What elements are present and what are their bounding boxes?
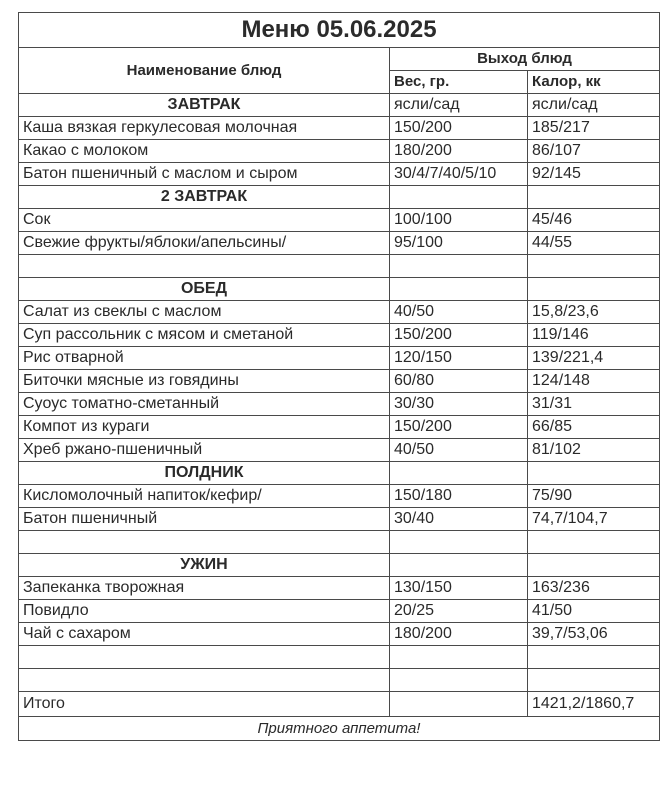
dish-weight: ясли/сад	[390, 94, 528, 117]
dish-row: Хреб ржано-пшеничный40/5081/102	[19, 439, 660, 462]
menu-sheet: Меню 05.06.2025 Наименование блюд Выход …	[18, 12, 659, 741]
dish-calories: 124/148	[528, 370, 660, 393]
dish-name: Повидло	[19, 600, 390, 623]
dish-calories: 44/55	[528, 232, 660, 255]
dish-weight: 95/100	[390, 232, 528, 255]
dish-calories	[528, 531, 660, 554]
dish-row: Батон пшеничный с маслом и сыром30/4/7/4…	[19, 163, 660, 186]
dish-weight: 180/200	[390, 623, 528, 646]
dish-name: Каша вязкая геркулесовая молочная	[19, 117, 390, 140]
dish-weight	[390, 669, 528, 692]
dish-calories: 92/145	[528, 163, 660, 186]
section-title: УЖИН	[19, 554, 390, 577]
empty-row	[19, 646, 660, 669]
dish-row: Суп рассольник с мясом и сметаной150/200…	[19, 324, 660, 347]
dish-calories: ясли/сад	[528, 94, 660, 117]
dish-row: Салат из свеклы с маслом40/5015,8/23,6	[19, 301, 660, 324]
dish-name: Биточки мясные из говядины	[19, 370, 390, 393]
section-title: ЗАВТРАК	[19, 94, 390, 117]
dish-calories: 45/46	[528, 209, 660, 232]
dish-calories: 66/85	[528, 416, 660, 439]
dish-weight: 30/40	[390, 508, 528, 531]
total-calories: 1421,2/1860,7	[528, 692, 660, 717]
dish-name: Чай с сахаром	[19, 623, 390, 646]
dish-weight	[390, 554, 528, 577]
dish-name	[19, 646, 390, 669]
dish-row: Биточки мясные из говядины60/80124/148	[19, 370, 660, 393]
dish-weight	[390, 186, 528, 209]
section-title: ПОЛДНИК	[19, 462, 390, 485]
dish-name: Батон пшеничный с маслом и сыром	[19, 163, 390, 186]
dish-weight: 100/100	[390, 209, 528, 232]
dish-calories: 75/90	[528, 485, 660, 508]
dish-weight: 150/180	[390, 485, 528, 508]
dish-weight: 60/80	[390, 370, 528, 393]
dish-weight: 120/150	[390, 347, 528, 370]
dish-row: Запеканка творожная130/150163/236	[19, 577, 660, 600]
empty-row	[19, 531, 660, 554]
dish-row: Сок100/10045/46	[19, 209, 660, 232]
weight-header: Вес, гр.	[390, 71, 528, 94]
dish-weight: 150/200	[390, 324, 528, 347]
section-title: ОБЕД	[19, 278, 390, 301]
title-row: Меню 05.06.2025	[19, 13, 660, 48]
dish-weight: 150/200	[390, 416, 528, 439]
total-weight	[390, 692, 528, 717]
dish-weight	[390, 278, 528, 301]
dish-name: Хреб ржано-пшеничный	[19, 439, 390, 462]
section-row: ОБЕД	[19, 278, 660, 301]
total-row: Итого 1421,2/1860,7	[19, 692, 660, 717]
dish-name: Свежие фрукты/яблоки/апельсины/	[19, 232, 390, 255]
menu-table: Меню 05.06.2025 Наименование блюд Выход …	[18, 12, 660, 741]
dish-calories	[528, 186, 660, 209]
dish-weight: 30/4/7/40/5/10	[390, 163, 528, 186]
dish-weight	[390, 646, 528, 669]
dish-calories	[528, 462, 660, 485]
dish-row: Батон пшеничный30/4074,7/104,7	[19, 508, 660, 531]
section-row: 2 ЗАВТРАК	[19, 186, 660, 209]
dish-name: Какао с молоком	[19, 140, 390, 163]
empty-row	[19, 255, 660, 278]
dish-row: Каша вязкая геркулесовая молочная150/200…	[19, 117, 660, 140]
dish-calories: 15,8/23,6	[528, 301, 660, 324]
dish-calories: 31/31	[528, 393, 660, 416]
section-row: УЖИН	[19, 554, 660, 577]
dish-name: Салат из свеклы с маслом	[19, 301, 390, 324]
dish-weight	[390, 531, 528, 554]
calories-header: Калор, кк	[528, 71, 660, 94]
empty-row	[19, 669, 660, 692]
dish-calories: 119/146	[528, 324, 660, 347]
section-row: ЗАВТРАКясли/садясли/сад	[19, 94, 660, 117]
dish-calories: 139/221,4	[528, 347, 660, 370]
dish-calories	[528, 646, 660, 669]
dish-row: Сyоус томатно-сметанный30/3031/31	[19, 393, 660, 416]
dish-calories: 185/217	[528, 117, 660, 140]
dish-name	[19, 669, 390, 692]
dish-weight	[390, 255, 528, 278]
dish-name	[19, 255, 390, 278]
dish-name: Рис отварной	[19, 347, 390, 370]
dish-name: Запеканка творожная	[19, 577, 390, 600]
dish-weight: 30/30	[390, 393, 528, 416]
dish-name: Кисломолочный напиток/кефир/	[19, 485, 390, 508]
dish-calories	[528, 255, 660, 278]
header-row: Наименование блюд Выход блюд	[19, 48, 660, 71]
menu-rows: ЗАВТРАКясли/садясли/садКаша вязкая герку…	[19, 94, 660, 692]
dish-row: Кисломолочный напиток/кефир/150/18075/90	[19, 485, 660, 508]
total-label: Итого	[19, 692, 390, 717]
dish-weight: 150/200	[390, 117, 528, 140]
footer-text: Приятного аппетита!	[19, 717, 660, 741]
section-row: ПОЛДНИК	[19, 462, 660, 485]
dish-row: Свежие фрукты/яблоки/апельсины/95/10044/…	[19, 232, 660, 255]
dish-calories	[528, 278, 660, 301]
dish-calories	[528, 669, 660, 692]
dish-weight: 20/25	[390, 600, 528, 623]
dish-name: Сок	[19, 209, 390, 232]
dish-row: Чай с сахаром180/20039,7/53,06	[19, 623, 660, 646]
dish-row: Компот из кураги150/20066/85	[19, 416, 660, 439]
dish-calories	[528, 554, 660, 577]
footer-row: Приятного аппетита!	[19, 717, 660, 741]
dish-row: Какао с молоком180/20086/107	[19, 140, 660, 163]
dish-calories: 39,7/53,06	[528, 623, 660, 646]
dish-weight	[390, 462, 528, 485]
dish-name: Суп рассольник с мясом и сметаной	[19, 324, 390, 347]
dish-row: Рис отварной120/150139/221,4	[19, 347, 660, 370]
dish-weight: 40/50	[390, 439, 528, 462]
dish-name: Компот из кураги	[19, 416, 390, 439]
dish-calories: 81/102	[528, 439, 660, 462]
output-group-header: Выход блюд	[390, 48, 660, 71]
dish-weight: 180/200	[390, 140, 528, 163]
dish-name	[19, 531, 390, 554]
dish-calories: 74,7/104,7	[528, 508, 660, 531]
menu-title: Меню 05.06.2025	[19, 13, 660, 48]
section-title: 2 ЗАВТРАК	[19, 186, 390, 209]
dish-calories: 86/107	[528, 140, 660, 163]
dish-name: Сyоус томатно-сметанный	[19, 393, 390, 416]
dish-calories: 163/236	[528, 577, 660, 600]
dish-weight: 40/50	[390, 301, 528, 324]
dish-name-header: Наименование блюд	[19, 48, 390, 94]
dish-calories: 41/50	[528, 600, 660, 623]
dish-name: Батон пшеничный	[19, 508, 390, 531]
dish-weight: 130/150	[390, 577, 528, 600]
dish-row: Повидло20/2541/50	[19, 600, 660, 623]
